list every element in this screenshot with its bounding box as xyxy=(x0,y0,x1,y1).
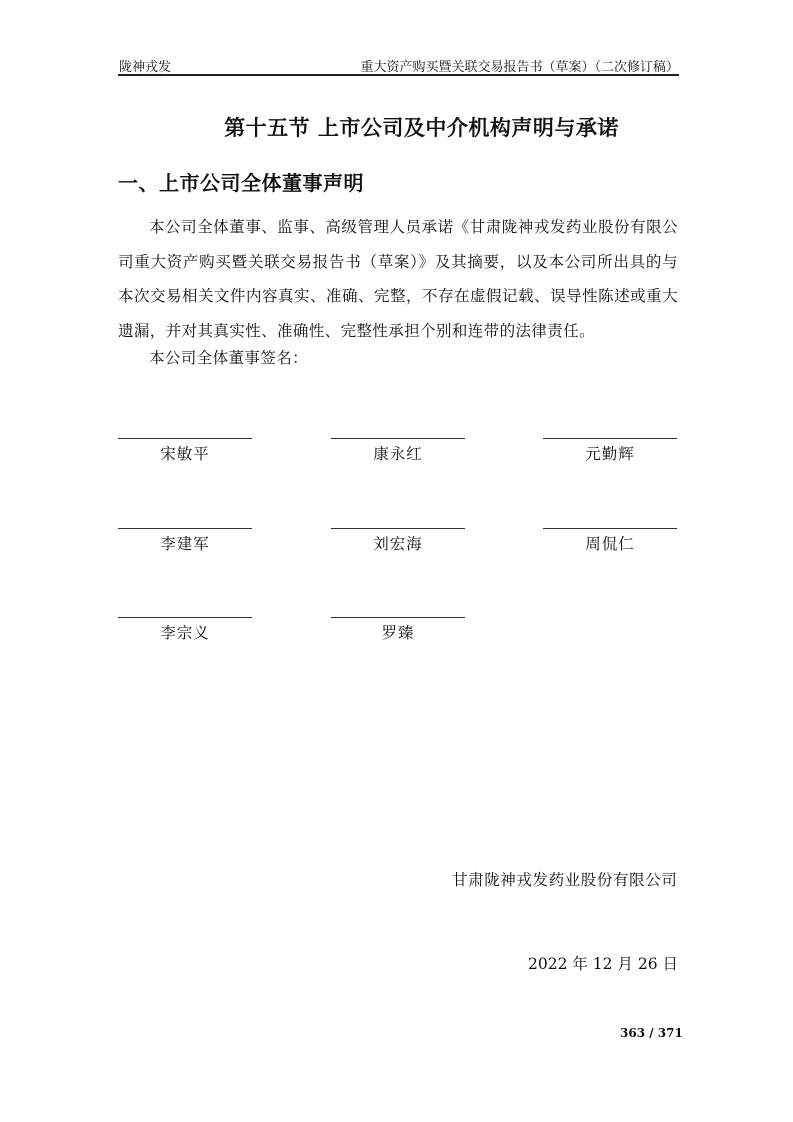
signature-line: 刘宏海 xyxy=(331,528,465,554)
signatory-name: 宋敏平 xyxy=(160,445,210,463)
signature-line: 周侃仁 xyxy=(543,528,677,554)
signatory-name: 元勤辉 xyxy=(585,445,635,463)
signature-line: 李建军 xyxy=(118,528,252,554)
sign-prompt: 本公司全体董事签名： xyxy=(149,346,308,368)
signatory-name: 罗臻 xyxy=(381,624,414,642)
signatory-name: 刘宏海 xyxy=(373,535,423,553)
signatory-name: 周侃仁 xyxy=(585,535,635,553)
signature-line: 元勤辉 xyxy=(543,438,677,464)
page-number: 363 / 371 xyxy=(620,1026,683,1040)
signatory-name: 康永红 xyxy=(373,445,423,463)
signature-line: 李宗义 xyxy=(118,617,252,643)
company-name: 甘肃陇神戎发药业股份有限公司 xyxy=(452,868,677,890)
header-left: 陇神戎发 xyxy=(119,56,171,75)
signatory-name: 李宗义 xyxy=(160,624,210,642)
section-title: 一、上市公司全体董事声明 xyxy=(118,167,364,196)
signature-line: 宋敏平 xyxy=(118,438,252,464)
signature-line: 康永红 xyxy=(331,438,465,464)
header-right: 重大资产购买暨关联交易报告书（草案）（二次修订稿） xyxy=(360,56,679,75)
page-header: 陇神戎发 重大资产购买暨关联交易报告书（草案）（二次修订稿） xyxy=(118,54,679,76)
signing-date: 2022 年 12 月 26 日 xyxy=(528,952,678,974)
signatory-name: 李建军 xyxy=(160,535,210,553)
signature-line: 罗臻 xyxy=(331,617,465,643)
chapter-title: 第十五节 上市公司及中介机构声明与承诺 xyxy=(0,112,793,142)
declaration-paragraph: 本公司全体董事、监事、高级管理人员承诺《甘肃陇神戎发药业股份有限公司重大资产购买… xyxy=(118,210,678,348)
